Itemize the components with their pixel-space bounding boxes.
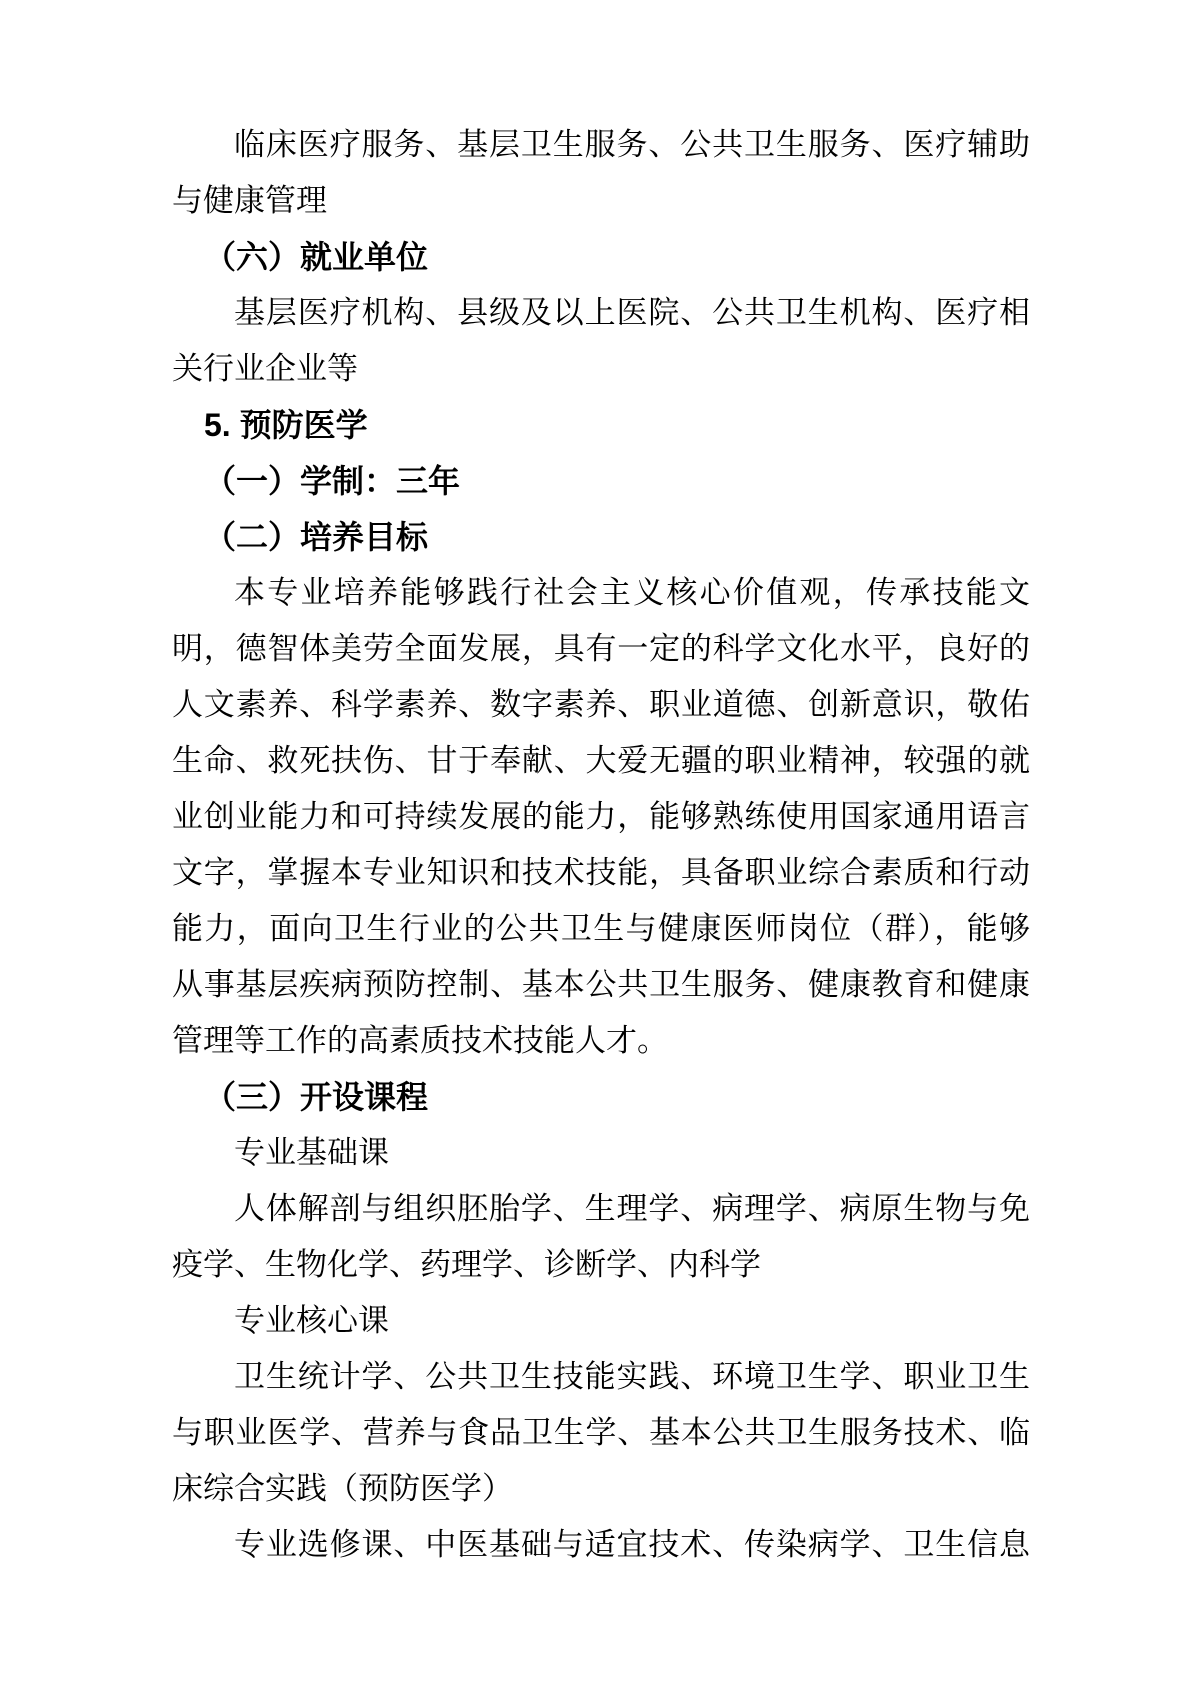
text-line: 人体解剖与组织胚胎学、生理学、病理学、病原生物与免 bbox=[172, 1181, 1030, 1237]
section-heading: （六）就业单位 bbox=[172, 229, 1030, 285]
text-line: 专业基础课 bbox=[172, 1125, 1030, 1181]
section-heading: （三）开设课程 bbox=[172, 1069, 1030, 1125]
text-line: 文字，掌握本专业知识和技术技能，具备职业综合素质和行动 bbox=[172, 845, 1030, 901]
text-line: 业创业能力和可持续发展的能力，能够熟练使用国家通用语言 bbox=[172, 789, 1030, 845]
text-line: 生命、救死扶伤、甘于奉献、大爱无疆的职业精神，较强的就 bbox=[172, 733, 1030, 789]
text-line: 与职业医学、营养与食品卫生学、基本公共卫生服务技术、临 bbox=[172, 1405, 1030, 1461]
text-line: 疫学、生物化学、药理学、诊断学、内科学 bbox=[172, 1237, 1030, 1293]
document-text-block: 临床医疗服务、基层卫生服务、公共卫生服务、医疗辅助与健康管理（六）就业单位基层医… bbox=[172, 117, 1030, 1573]
text-line: 专业核心课 bbox=[172, 1293, 1030, 1349]
text-line: 本专业培养能够践行社会主义核心价值观，传承技能文 bbox=[172, 565, 1030, 621]
text-line: 卫生统计学、公共卫生技能实践、环境卫生学、职业卫生 bbox=[172, 1349, 1030, 1405]
section-heading: （二）培养目标 bbox=[172, 509, 1030, 565]
text-line: 从事基层疾病预防控制、基本公共卫生服务、健康教育和健康 bbox=[172, 957, 1030, 1013]
text-line: 床综合实践（预防医学） bbox=[172, 1461, 1030, 1517]
text-line: 能力，面向卫生行业的公共卫生与健康医师岗位（群），能够 bbox=[172, 901, 1030, 957]
text-line: 管理等工作的高素质技术技能人才。 bbox=[172, 1013, 1030, 1069]
text-line: 临床医疗服务、基层卫生服务、公共卫生服务、医疗辅助 bbox=[172, 117, 1030, 173]
text-line: 基层医疗机构、县级及以上医院、公共卫生机构、医疗相 bbox=[172, 285, 1030, 341]
document-page: 临床医疗服务、基层卫生服务、公共卫生服务、医疗辅助与健康管理（六）就业单位基层医… bbox=[0, 0, 1191, 1684]
text-line: 与健康管理 bbox=[172, 173, 1030, 229]
text-line: 专业选修课、中医基础与适宜技术、传染病学、卫生信息 bbox=[172, 1517, 1030, 1573]
text-line: 关行业企业等 bbox=[172, 341, 1030, 397]
section-heading: 5. 预防医学 bbox=[172, 397, 1030, 453]
text-line: 人文素养、科学素养、数字素养、职业道德、创新意识，敬佑 bbox=[172, 677, 1030, 733]
text-line: 明，德智体美劳全面发展，具有一定的科学文化水平，良好的 bbox=[172, 621, 1030, 677]
section-heading: （一）学制：三年 bbox=[172, 453, 1030, 509]
